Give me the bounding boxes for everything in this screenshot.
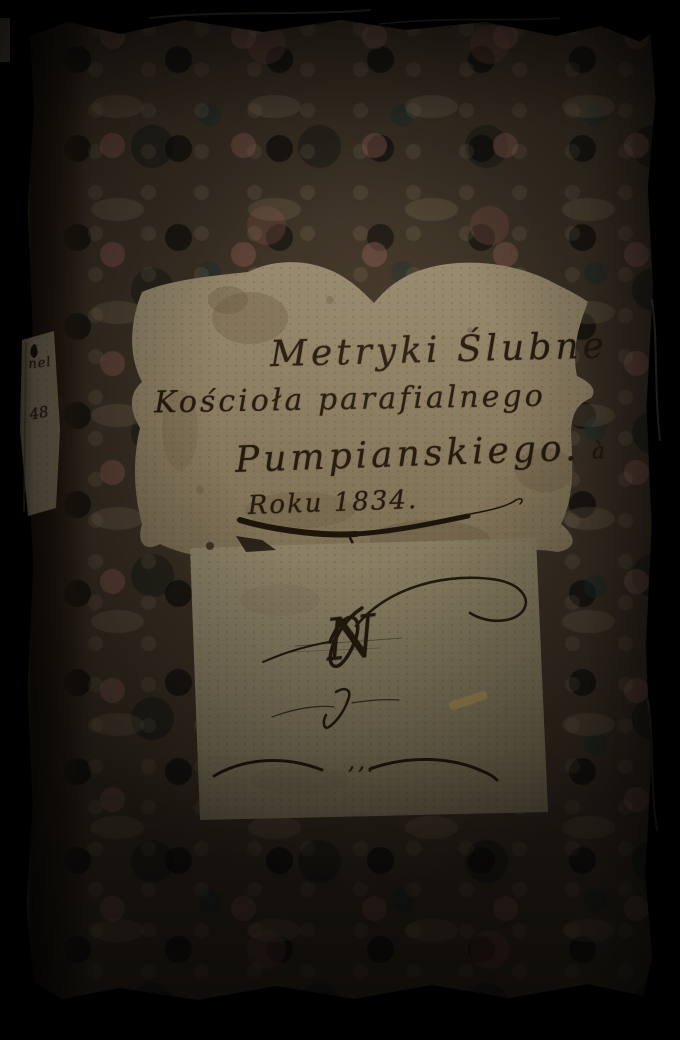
cover-title-line3-flourish: à xyxy=(591,439,605,464)
cover-title-line1: Metryki Ślubne xyxy=(270,326,591,375)
photo-stage: Metryki Ślubne Kościoła parafialnego Pum… xyxy=(0,0,680,1040)
lower-label-tick-marks: ,,, xyxy=(328,750,398,775)
cover-title-line2: Kościoła parafialnego xyxy=(150,379,551,421)
lower-label-monogram: N xyxy=(303,599,400,676)
book-spine xyxy=(16,8,86,1006)
backdrop-paper-chip xyxy=(0,18,10,62)
